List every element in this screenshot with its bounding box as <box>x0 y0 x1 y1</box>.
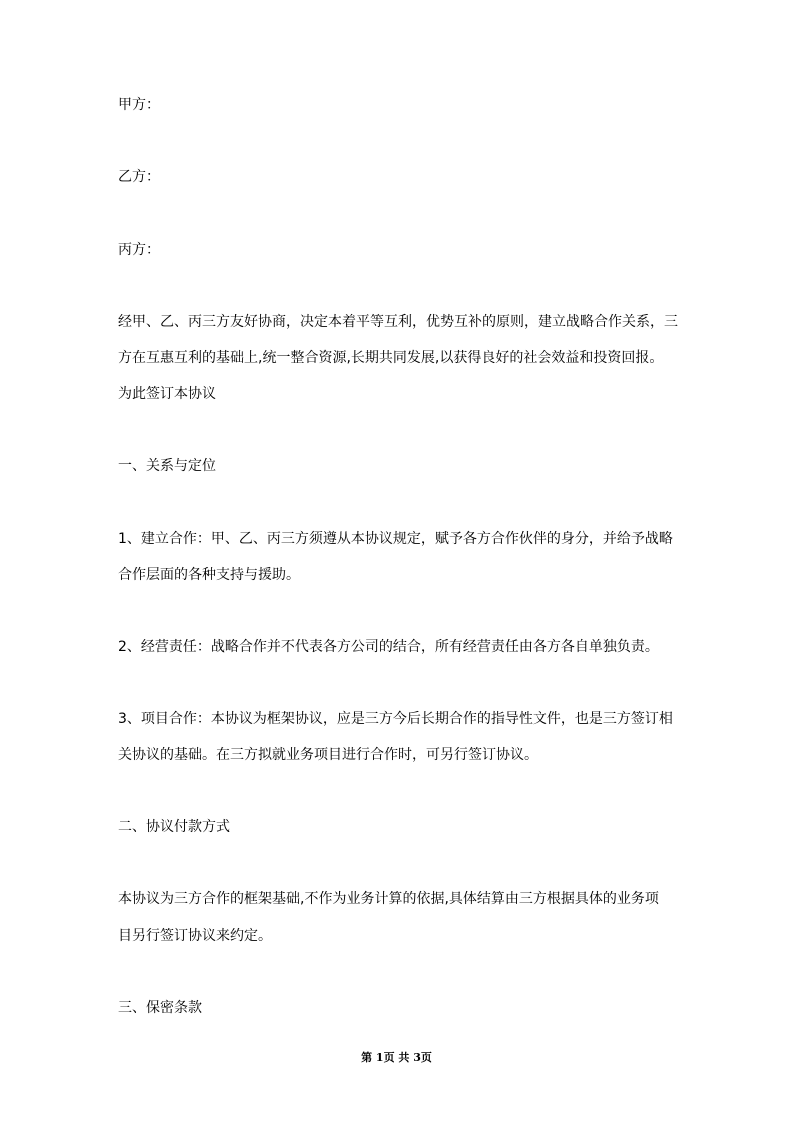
section-2-heading: 二、协议付款方式 <box>118 819 230 835</box>
party-b-label: 乙方： <box>118 169 160 185</box>
section-1-item-3-line-1: 3、项目合作：本协议为框架协议，应是三方今后长期合作的指导性文件，也是三方签订相 <box>118 711 673 727</box>
page-number-footer: 第 1页 共 3页 <box>0 1052 793 1064</box>
section-1-item-2-line-1: 2、经营责任：战略合作并不代表各方公司的结合，所有经营责任由各方各自单独负责。 <box>118 639 659 655</box>
section-3-heading: 三、保密条款 <box>118 1000 202 1016</box>
section-1-item-1-line-1: 1、建立合作：甲、乙、丙三方须遵从本协议规定，赋予各方合作伙伴的身分，并给予战略 <box>118 531 673 547</box>
section-2-body-line-1: 本协议为三方合作的框架基础,不作为业务计算的依据,具体结算由三方根据具体的业务项 <box>118 891 659 907</box>
section-1-item-3-line-2: 关协议的基础。在三方拟就业务项目进行合作时，可另行签订协议。 <box>118 747 538 763</box>
section-1-item-1-line-2: 合作层面的各种支持与援助。 <box>118 567 300 583</box>
section-1-heading: 一、关系与定位 <box>118 458 216 474</box>
party-a-label: 甲方： <box>118 97 160 113</box>
preamble-line-2: 方在互惠互利的基础上,统一整合资源,长期共同发展,以获得良好的社会效益和投资回报… <box>118 350 663 366</box>
party-c-label: 丙方： <box>118 242 160 258</box>
section-2-body-line-2: 目另行签订协议来约定。 <box>118 928 272 944</box>
preamble-line-1: 经甲、乙、丙三方友好协商，决定本着平等互利，优势互补的原则，建立战略合作关系，三 <box>118 314 678 330</box>
preamble-line-3: 为此签订本协议 <box>118 386 216 402</box>
